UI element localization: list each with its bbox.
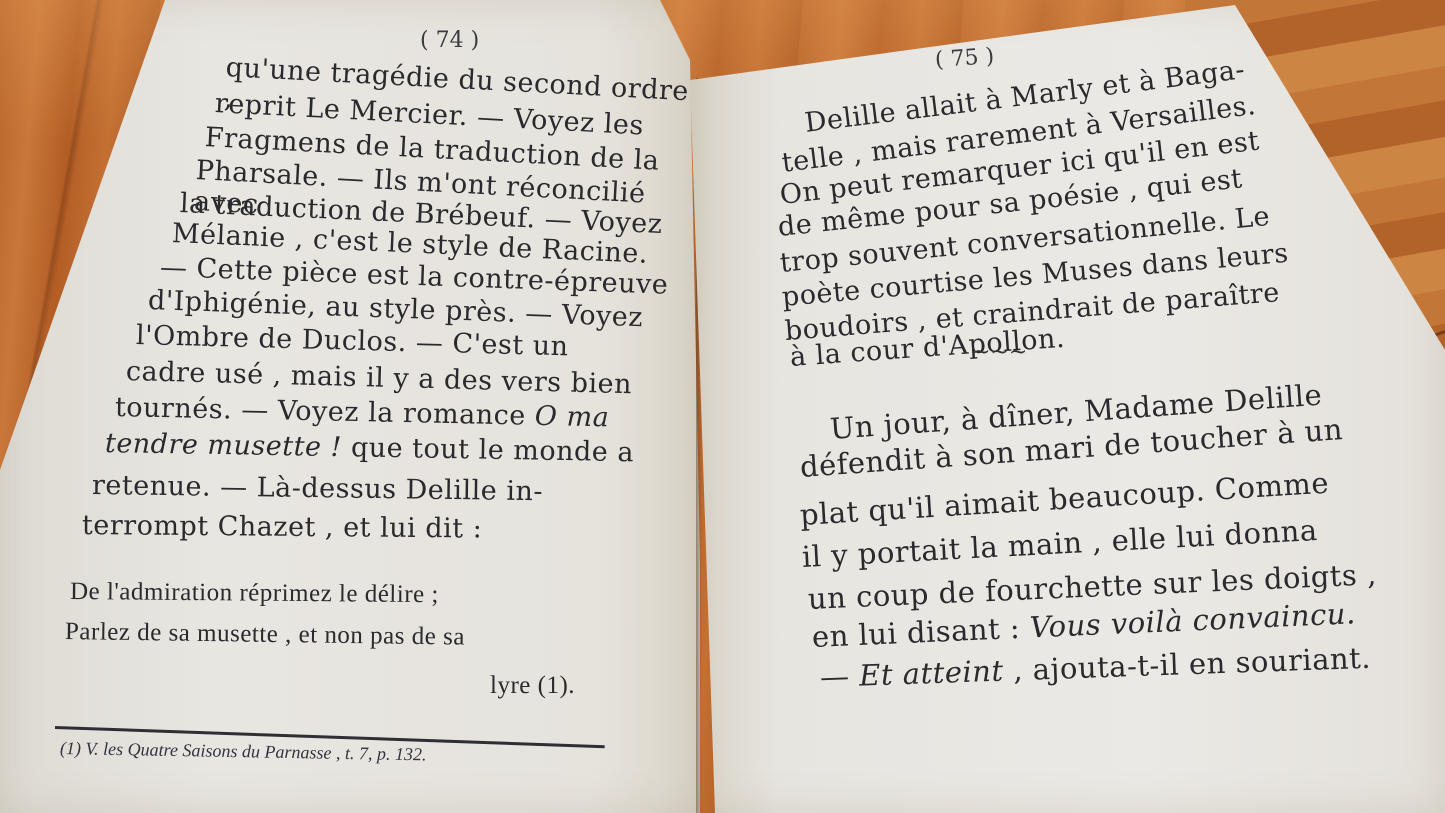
verse-line: lyre (1). — [490, 672, 575, 700]
text-line: tournés. — Voyez la romance O ma — [115, 392, 610, 433]
text-run: — — [819, 659, 859, 694]
text-line: terrompt Chazet , et lui dit : — [82, 510, 483, 544]
italic-title: tendre musette ! — [105, 428, 342, 463]
footnote: (1) V. les Quatre Saisons du Parnasse , … — [60, 738, 427, 765]
verse-line: Parlez de sa musette , et non pas de sa — [65, 618, 465, 652]
page-number-left: ( 74 ) — [420, 28, 479, 53]
page-number-right: ( 75 ) — [934, 44, 995, 73]
italic-title: O ma — [535, 401, 610, 434]
text-run: en lui disant : — [811, 611, 1030, 654]
verse-line: De l'admiration réprimez le délire ; — [70, 578, 439, 609]
text-line: retenue. — Là-dessus Delille in- — [92, 470, 543, 507]
text-line: tendre musette ! que tout le monde a — [105, 428, 635, 468]
text-run: , ajouta-t-il en souriant. — [1003, 641, 1372, 688]
italic-quote: Et atteint — [859, 654, 1005, 693]
text-run: tournés. — Voyez la romance — [115, 392, 535, 432]
text-run: que tout le monde a — [342, 432, 635, 468]
section-separator: ~~~ — [972, 340, 1027, 365]
